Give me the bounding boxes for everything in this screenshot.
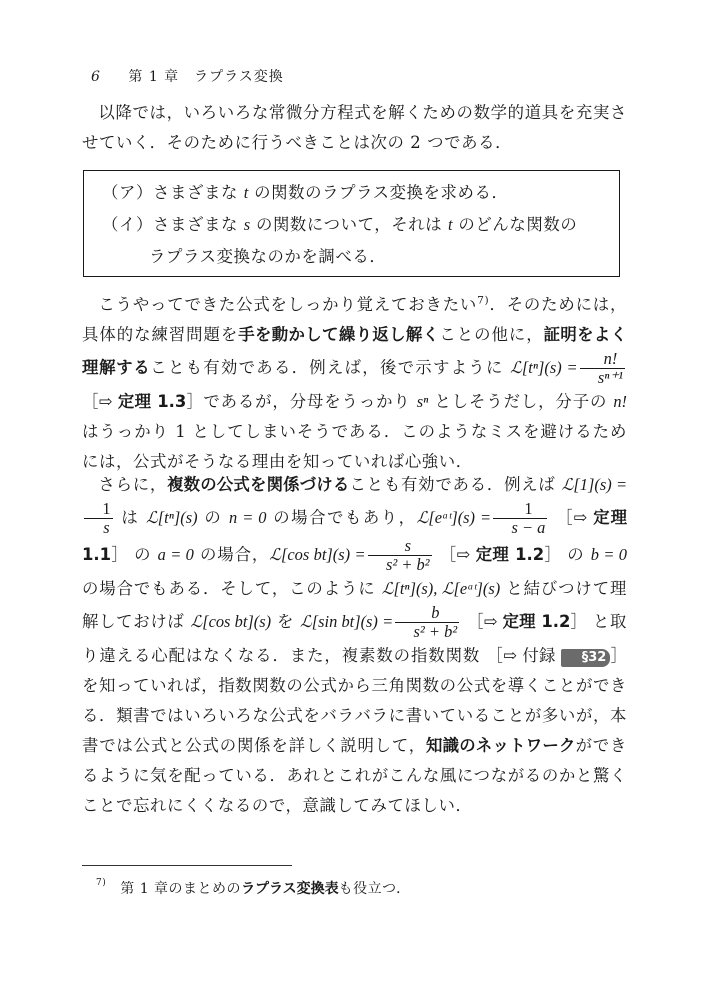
ref-arrow: ［⇨ xyxy=(440,545,476,564)
formula: ℒ[tⁿ](s) xyxy=(146,508,198,527)
page-number: 6 xyxy=(91,69,101,85)
ref-arrow: ［⇨ xyxy=(82,392,118,411)
numerator: 1 xyxy=(493,500,547,519)
ref-arrow: ［⇨ xyxy=(556,508,593,527)
formula: ℒ[tⁿ](s) = xyxy=(510,358,577,377)
numerator: b xyxy=(395,604,459,623)
fraction: 1s − a xyxy=(493,500,547,537)
numerator: 1 xyxy=(84,500,113,519)
item-text: のどんな関数の xyxy=(453,215,578,234)
paragraph-relate: さらに，複数の公式を関係づけることも有効である．例えば ℒ[1](s) =1s … xyxy=(82,470,627,821)
goal-item-i-continued: ラプラス変換なのかを調べる． xyxy=(149,243,386,267)
appendix-ref[interactable]: ［⇨ 付録 §32］ xyxy=(486,646,627,665)
denominator: s² + b² xyxy=(368,556,432,574)
fraction: bs² + b² xyxy=(395,604,459,641)
text: はうっかり 1 としてしまいそうである．このようなミスを避けるためには，公式がそ… xyxy=(82,422,627,471)
running-header: 6 第 1 章 ラプラス変換 xyxy=(91,66,284,86)
ref-label: 定理 1.2 xyxy=(476,545,544,564)
ref-bracket: ］ xyxy=(610,646,627,665)
formula: n = 0 xyxy=(229,508,267,527)
item-text: さまざまな xyxy=(153,215,244,234)
goals-box: （ア）さまざまな t の関数のラプラス変換を求める． （イ）さまざまな s の関… xyxy=(83,170,620,277)
footnote-text: も役立つ． xyxy=(339,881,411,897)
fraction: 1s xyxy=(84,500,113,537)
formula: ℒ[1](s) = xyxy=(562,475,627,494)
text: は xyxy=(115,508,146,527)
emphasis: 知識のネットワーク xyxy=(426,736,576,755)
text: の場合でもある．そして，このように xyxy=(82,579,382,598)
ref-bracket: ］ xyxy=(186,392,203,411)
denominator: s xyxy=(84,519,113,537)
text: こうやってできた公式をしっかり覚えておきたい xyxy=(98,295,477,314)
goal-item-a: （ア）さまざまな t の関数のラプラス変換を求める． xyxy=(102,179,509,203)
paragraph-memorize: こうやってできた公式をしっかり覚えておきたい7)．そのためには，具体的な練習問題… xyxy=(82,290,627,477)
intro-paragraph: 以降では，いろいろな常微分方程式を解くための数学的道具を充実させていく．そのため… xyxy=(82,98,627,158)
formula: ℒ[cos bt](s) xyxy=(190,612,271,631)
formula: ℒ[sin bt](s) = xyxy=(300,612,393,631)
text: としそうだし，分子の xyxy=(428,392,613,411)
intro-text: 以降では，いろいろな常微分方程式を解くための数学的道具を充実させていく．そのため… xyxy=(82,103,627,152)
ref-label: 定理 1.2 xyxy=(503,612,571,631)
text: の xyxy=(128,545,158,564)
formula: ℒ[eᵃᵗ](s) = xyxy=(417,508,492,527)
ref-bracket: ］ xyxy=(111,545,128,564)
item-text: ラプラス変換なのかを調べる． xyxy=(149,247,386,266)
footnote-ref[interactable]: 7) xyxy=(477,294,489,307)
text: であるが，分母をうっかり xyxy=(203,392,416,411)
theorem-ref[interactable]: ［⇨ 定理 1.2］ xyxy=(467,612,587,631)
ref-bracket: ］ xyxy=(544,545,561,564)
formula: b = 0 xyxy=(591,545,627,564)
footnote-mark: 7) xyxy=(96,878,106,888)
text: の xyxy=(561,545,591,564)
theorem-ref[interactable]: ［⇨ 定理 1.2］ xyxy=(440,545,561,564)
math: n! xyxy=(613,392,627,411)
formula: a = 0 xyxy=(158,545,194,564)
math: sⁿ xyxy=(417,392,429,411)
item-label: （ア） xyxy=(102,183,153,202)
ref-arrow: ［⇨ 付録 xyxy=(486,646,561,665)
section-badge[interactable]: §32 xyxy=(561,649,610,667)
text: ことの他に， xyxy=(439,325,543,344)
fraction: ss² + b² xyxy=(368,537,432,574)
numerator: n! xyxy=(580,350,626,369)
goal-item-i: （イ）さまざまな s の関数について，それは t のどんな関数の xyxy=(102,211,577,235)
formula: ℒ[cos bt](s) = xyxy=(269,545,365,564)
text: を xyxy=(271,612,300,631)
footnote-divider xyxy=(82,865,292,866)
footnote: 7)第 1 章のまとめのラプラス変換表も役立つ． xyxy=(96,878,411,898)
ref-label: 定理 1.3 xyxy=(118,392,186,411)
chapter-title: 第 1 章 ラプラス変換 xyxy=(128,69,283,85)
footnote-text: 第 1 章のまとめの xyxy=(120,881,241,897)
formula: ℒ[tⁿ](s), ℒ[eᵃᵗ](s) xyxy=(382,579,500,598)
text: ことも有効である．例えば，後で示すように xyxy=(150,358,510,377)
item-text: の関数のラプラス変換を求める． xyxy=(248,183,508,202)
ref-bracket: ］ xyxy=(570,612,587,631)
denominator: s² + b² xyxy=(395,623,459,641)
text: ことも有効である．例えば xyxy=(349,475,561,494)
theorem-ref[interactable]: ［⇨ 定理 1.3］ xyxy=(82,392,203,411)
item-label: （イ） xyxy=(102,215,153,234)
emphasis: 手を動かして繰り返し解く xyxy=(238,325,439,344)
item-text: さまざまな xyxy=(153,183,244,202)
emphasis: ラプラス変換表 xyxy=(241,881,339,897)
ref-arrow: ［⇨ xyxy=(467,612,503,631)
text: の xyxy=(198,508,229,527)
numerator: s xyxy=(368,537,432,556)
denominator: s − a xyxy=(493,519,547,537)
fraction: n!sⁿ⁺¹ xyxy=(580,350,626,387)
text: の場合， xyxy=(194,545,269,564)
text: の場合でもあり， xyxy=(267,508,417,527)
text: さらに， xyxy=(98,475,167,494)
denominator: sⁿ⁺¹ xyxy=(580,369,626,387)
emphasis: 複数の公式を関係づける xyxy=(167,475,349,494)
item-text: の関数について，それは xyxy=(250,215,448,234)
